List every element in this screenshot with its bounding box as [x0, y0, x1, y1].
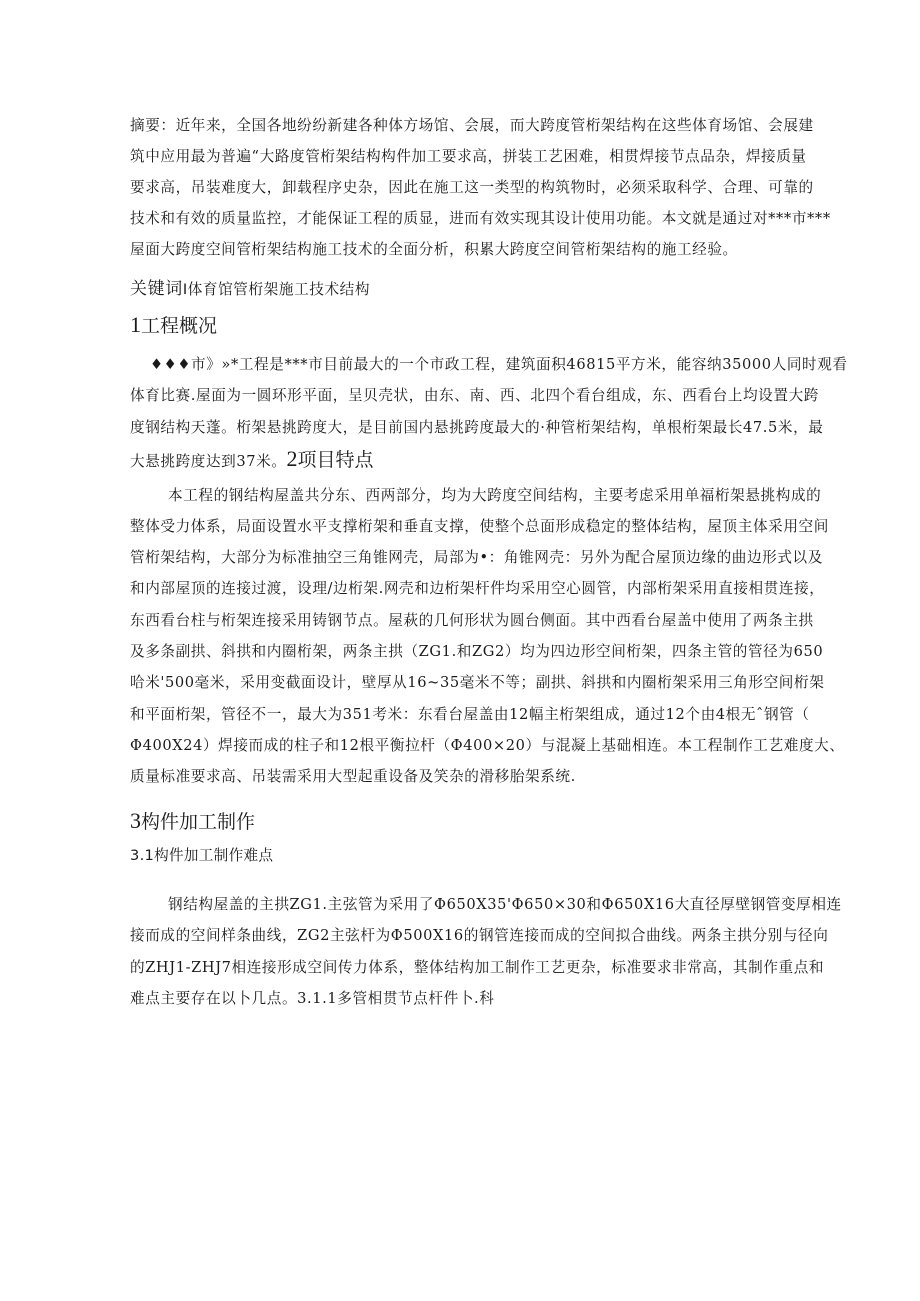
paragraph-line: 整体受力体系，局面设置水平支撑桁架和垂直支撑，使整个总面形成稳定的整体结构，屋顶… — [130, 517, 829, 537]
section-2-heading: 2项目特点 — [287, 449, 374, 471]
paragraph-line: 接而成的空间样条曲线，ZG2主弦杆为Φ500X16的钢管连接而成的空间拟合曲线。… — [130, 926, 828, 946]
section-1-title: 工程概况 — [141, 315, 217, 337]
paragraph-text: 大悬挑跨度达到37米。 — [130, 453, 287, 470]
keywords-text: I体育馆管桁架施工技术结构 — [183, 281, 370, 298]
paragraph-line: 和内部屋顶的连接过渡，设理/边桁架.网壳和边桁架杆件均采用空心圆管，内部桁架采用… — [130, 579, 824, 599]
paragraph-line: 体育比赛.屋面为一圆环形平面，呈贝壳状，由东、南、西、北四个看台组成，东、西看台… — [130, 386, 819, 406]
paragraph-line: 哈米'500毫米，采用变截面设计，壁厚从16~35毫米不等；副拱、斜拱和内圈桁架… — [130, 673, 824, 693]
paragraph-line: 及多条副拱、斜拱和内圈桁架，两条主拱（ZG1.和ZG2）均为四边形空间桁架，四条… — [130, 642, 823, 662]
document-page: 摘要：近年来，全国各地纷纷新建各种体方场馆、会展，而大跨度管桁架结构在这些体育场… — [0, 0, 920, 1301]
abstract-line: 屋面大跨度空间管桁架结构施工技术的全面分析，积累大跨度空间管桁架结构的施工经验。 — [130, 240, 738, 260]
section-3-heading: 3构件加工制作 — [130, 808, 255, 835]
abstract-line: 技术和有效的质量监控，才能保证工程的质显，进而有效实现其设计使用功能。本文就是通… — [130, 209, 831, 229]
paragraph-line: Φ400X24）焊接而成的柱子和12根平衡拉杆（Φ400×20）与混凝上基础相连… — [130, 736, 845, 756]
section-3-number: 3 — [130, 808, 141, 833]
subsection-3-1-heading: 3.1构件加工制作难点 — [130, 846, 273, 866]
keywords: 关键词I体育馆管桁架施工技术结构 — [130, 279, 370, 300]
section-3-title: 构件加工制作 — [141, 811, 255, 833]
paragraph-line: 本工程的钢结构屋盖共分东、西两部分，均为大跨度空间结构，主要考虑采用单福桁架悬挑… — [168, 486, 821, 506]
paragraph-line: 质量标准要求高、吊装需采用大型起重设备及笑杂的滑移胎架系统. — [130, 767, 576, 787]
abstract-line: 要求高，吊装难度大，卸载程序史杂，因此在施工这一类型的构筑物时，必须采取科学、合… — [130, 178, 814, 198]
section-2-title: 项目特点 — [298, 449, 374, 471]
section-1-number: 1 — [130, 312, 141, 337]
abstract-line: 筑中应用最为普遍“大路度管桁架结构构件加工要求高，拼装工艺困难，相贯焊接节点品杂… — [130, 147, 807, 167]
paragraph-line: 的ZHJ1-ZHJ7相连接形成空间传力体系，整体结构加工制作工艺更杂，标准要求非… — [130, 958, 824, 978]
section-1-heading: 1工程概况 — [130, 312, 217, 339]
keywords-label: 关键词 — [130, 279, 183, 299]
paragraph-line: 东西看台柱与桁架连接采用铸钢节点。屋萩的几何形状为圆台侧面。其中西看台屋盖中使用… — [130, 611, 814, 631]
section-2-number: 2 — [287, 446, 298, 471]
paragraph-line: 和平面桁架，管径不一，最大为351考米：东看台屋盖由12幅主桁架组成，通过12个… — [130, 705, 810, 725]
paragraph-line: 管桁架结构，大部分为标准抽空三角锥网壳，局部为•：角锥网壳：另外为配合屋顶边缘的… — [130, 548, 823, 568]
paragraph-line: 难点主要存在以卜几点。3.1.1多管相贯节点杆件卜.科 — [130, 989, 494, 1009]
paragraph-line: 钢结构屋盖的主拱ZG1.主弦管为采用了Φ650X35'Φ650×30和Φ650X… — [168, 895, 842, 915]
paragraph-line: 度钢结构天蓬。桁架悬挑跨度大，是目前国内悬挑跨度最大的·种管桁架结构，单根桁架最… — [130, 418, 823, 438]
paragraph-line: 大悬挑跨度达到37米。2项目特点 — [130, 449, 374, 472]
paragraph-line: ♦♦♦市》»*工程是***市目前最大的一个市政工程，建筑面积46815平方米，能… — [150, 355, 848, 375]
abstract-line: 摘要：近年来，全国各地纷纷新建各种体方场馆、会展，而大跨度管桁架结构在这些体育场… — [130, 116, 814, 136]
